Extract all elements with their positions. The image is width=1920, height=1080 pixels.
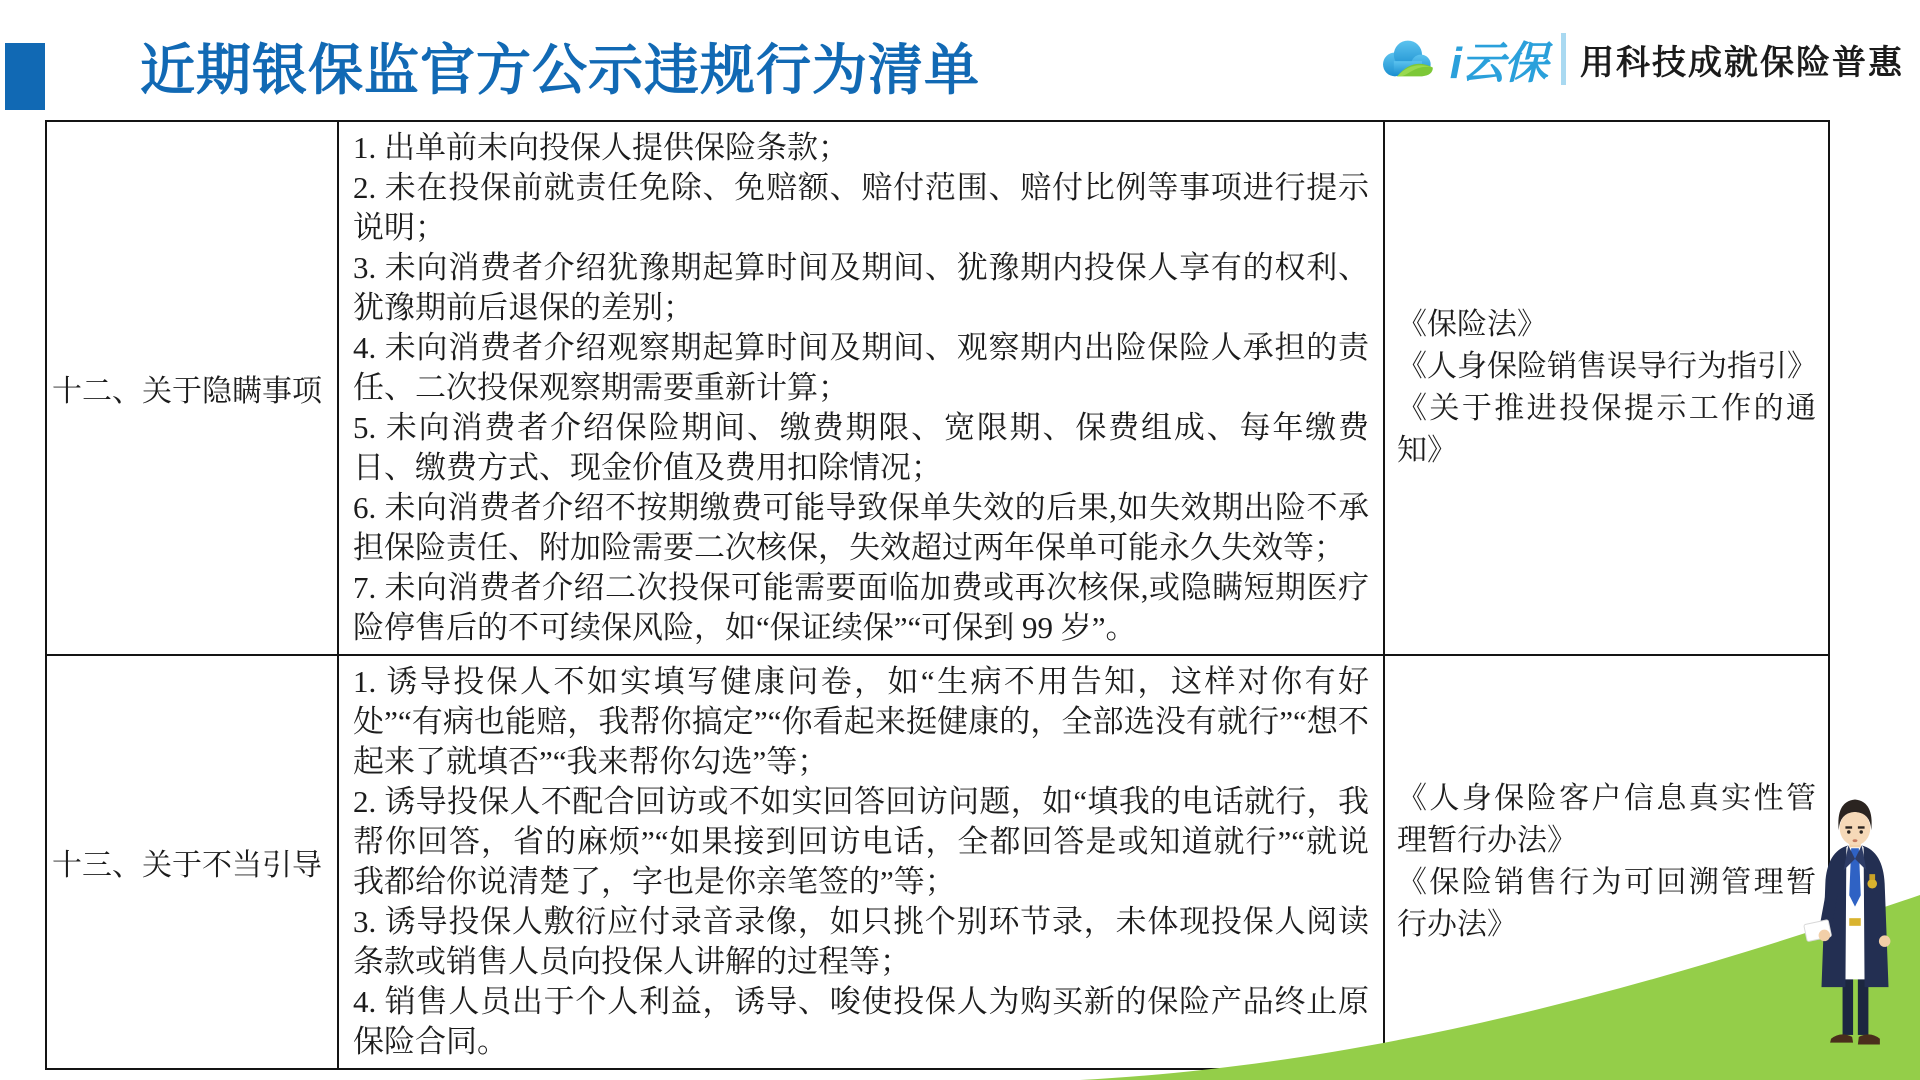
- category-cell: 十三、关于不当引导: [46, 655, 338, 1069]
- page-title: 近期银保监官方公示违规行为清单: [140, 26, 980, 105]
- brand-tagline: 用科技成就保险普惠: [1580, 35, 1904, 84]
- accent-square: [5, 43, 45, 110]
- violation-item: 1. 诱导投保人不如实填写健康问卷，如“生病不用告知，这样对你有好处”“有病也能…: [353, 662, 1369, 782]
- reference-item: 《保险法》: [1397, 304, 1816, 346]
- cloud-icon: [1376, 33, 1442, 85]
- violation-item: 3. 未向消费者介绍犹豫期起算时间及期间、犹豫期内投保人享有的权利、犹豫期前后退…: [353, 248, 1369, 328]
- brand-logo: i云保 用科技成就保险普惠: [1376, 30, 1904, 88]
- logo-divider: [1561, 33, 1566, 85]
- references-cell: 《保险法》《人身保险销售误导行为指引》《关于推进投保提示工作的通知》: [1384, 121, 1829, 655]
- violation-item: 5. 未向消费者介绍保险期间、缴费期限、宽限期、保费组成、每年缴费日、缴费方式、…: [353, 408, 1369, 488]
- insurance-agent-illustration: [1786, 788, 1920, 1056]
- violation-item: 1. 出单前未向投保人提供保险条款；: [353, 128, 1369, 168]
- reference-item: 《人身保险销售误导行为指引》: [1397, 346, 1816, 388]
- violation-item: 2. 未在投保前就责任免除、免赔额、赔付范围、赔付比例等事项进行提示说明；: [353, 168, 1369, 248]
- slide: 近期银保监官方公示违规行为清单 i云保 用科技成就保险普惠 十二、关于隐瞒事项1…: [0, 0, 1920, 1080]
- category-cell: 十二、关于隐瞒事项: [46, 121, 338, 655]
- violations-cell: 1. 出单前未向投保人提供保险条款；2. 未在投保前就责任免除、免赔额、赔付范围…: [338, 121, 1384, 655]
- table-row: 十二、关于隐瞒事项1. 出单前未向投保人提供保险条款；2. 未在投保前就责任免除…: [46, 121, 1829, 655]
- violation-item: 4. 未向消费者介绍观察期起算时间及期间、观察期内出险保险人承担的责任、二次投保…: [353, 328, 1369, 408]
- reference-item: 《人身保险客户信息真实性管理暂行办法》: [1397, 778, 1816, 862]
- violation-item: 7. 未向消费者介绍二次投保可能需要面临加费或再次核保,或隐瞒短期医疗险停售后的…: [353, 568, 1369, 648]
- brand-name: i云保: [1450, 27, 1561, 91]
- violation-item: 6. 未向消费者介绍不按期缴费可能导致保单失效的后果,如失效期出险不承担保险责任…: [353, 488, 1369, 568]
- reference-item: 《关于推进投保提示工作的通知》: [1397, 388, 1816, 472]
